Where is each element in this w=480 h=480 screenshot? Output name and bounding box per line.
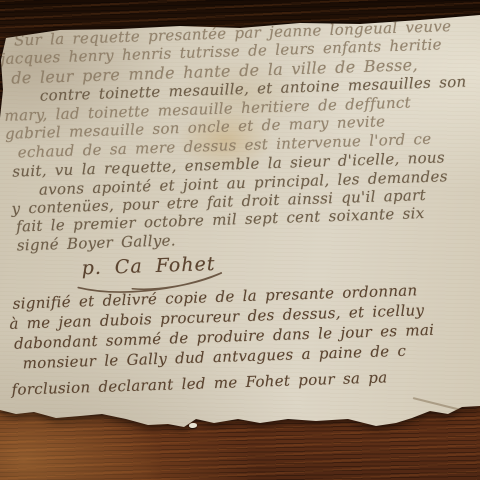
manuscript-text: Sur la requette presantée par jeanne lon… [0, 0, 480, 480]
paper-fragment [189, 423, 197, 428]
manuscript-paper: Sur la requette presantée par jeanne lon… [0, 0, 480, 480]
manuscript-line: forclusion declarant led me Fohet pour s… [11, 370, 387, 397]
photo-scene: Sur la requette presantée par jeanne lon… [0, 0, 480, 480]
manuscript-paper-wrap: Sur la requette presantée par jeanne lon… [0, 0, 480, 480]
manuscript-line: signé Boyer Gallye. [17, 233, 177, 253]
